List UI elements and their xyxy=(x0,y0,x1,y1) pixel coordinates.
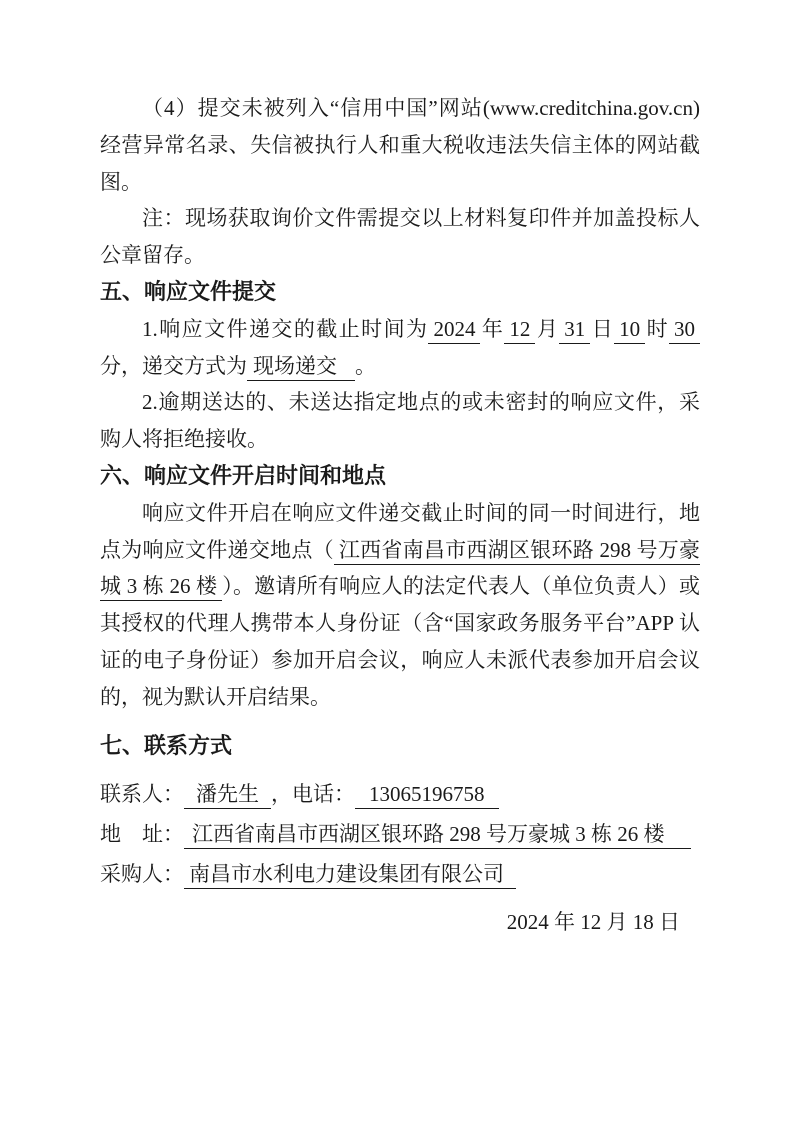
para-credit-china-text: （4）提交未被列入“信用中国”网站(www.creditchina.gov.cn… xyxy=(100,96,700,194)
contact-person-label: 联系人： xyxy=(100,782,184,806)
deadline-minute-unit: 分，递交方式为 xyxy=(100,354,247,378)
deadline-month-unit: 月 xyxy=(535,317,559,341)
para-note-text: 注：现场获取询价文件需提交以上材料复印件并加盖投标人公章留存。 xyxy=(100,206,700,267)
blank-minute: 30 xyxy=(669,317,700,344)
address-label: 地 址： xyxy=(100,822,184,846)
phone-label: ，电话： xyxy=(271,782,355,806)
deadline-day-unit: 日 xyxy=(590,317,614,341)
blank-year: 2024 xyxy=(428,317,480,344)
phone-underline: 13065196758 xyxy=(355,782,499,809)
purchaser-value-underline: 南昌市水利电力建设集团有限公司 xyxy=(184,862,516,889)
para-overdue-text: 2.逾期送达的、未送达指定地点的或未密封的响应文件，采购人将拒绝接收。 xyxy=(100,390,700,451)
address-value-underline: 江西省南昌市西湖区银环路 298 号万豪城 3 栋 26 楼 xyxy=(184,822,691,849)
deadline-tail: 。 xyxy=(355,354,376,378)
contact-name-underline: 潘先生 xyxy=(184,782,271,809)
para-opening: 响应文件开启在响应文件递交截止时间的同一时间进行，地点为响应文件递交地点（江西省… xyxy=(100,495,700,716)
deadline-pre: 1.响应文件递交的截止时间为 xyxy=(142,317,428,341)
document-page: （4）提交未被列入“信用中国”网站(www.creditchina.gov.cn… xyxy=(0,0,800,1131)
blank-delivery-method: 现场递交 xyxy=(247,354,355,381)
deadline-year-unit: 年 xyxy=(480,317,504,341)
deadline-hour-unit: 时 xyxy=(645,317,669,341)
para-deadline: 1.响应文件递交的截止时间为2024年12月31日10时30分，递交方式为现场递… xyxy=(100,311,700,385)
para-overdue: 2.逾期送达的、未送达指定地点的或未密封的响应文件，采购人将拒绝接收。 xyxy=(100,384,700,458)
document-content: （4）提交未被列入“信用中国”网站(www.creditchina.gov.cn… xyxy=(100,90,700,942)
contact-person-row: 联系人：潘先生，电话：13065196758 xyxy=(100,774,700,814)
para-note: 注：现场获取询价文件需提交以上材料复印件并加盖投标人公章留存。 xyxy=(100,200,700,274)
heading-section-5: 五、响应文件提交 xyxy=(100,274,700,311)
address-row: 地 址：江西省南昌市西湖区银环路 298 号万豪城 3 栋 26 楼 xyxy=(100,814,700,854)
blank-day: 31 xyxy=(559,317,590,344)
heading-section-6: 六、响应文件开启时间和地点 xyxy=(100,458,700,495)
para-credit-china: （4）提交未被列入“信用中国”网站(www.creditchina.gov.cn… xyxy=(100,90,700,200)
blank-month: 12 xyxy=(504,317,535,344)
heading-section-7: 七、联系方式 xyxy=(100,728,700,765)
date-line: 2024 年 12 月 18 日 xyxy=(100,902,700,942)
blank-hour: 10 xyxy=(614,317,645,344)
purchaser-row: 采购人：南昌市水利电力建设集团有限公司 xyxy=(100,854,700,894)
purchaser-label: 采购人： xyxy=(100,862,184,886)
